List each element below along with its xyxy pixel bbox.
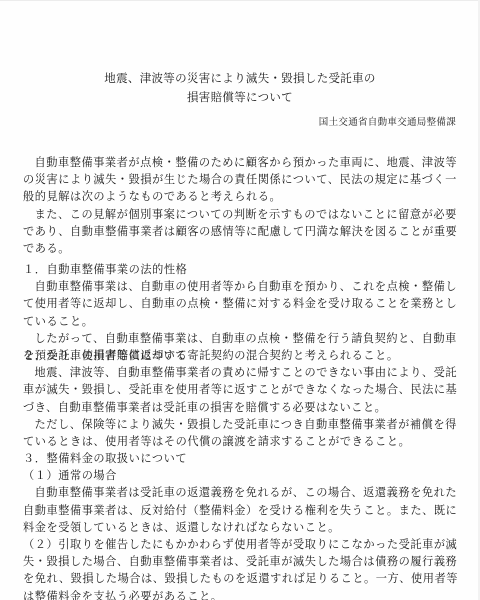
page-top-border — [0, 0, 480, 1]
section-3: ３．整備料金の取扱いについて （１）通常の場合 自動車整備事業者は受託車の返還義… — [23, 450, 463, 600]
section-2-heading: ２．受託車の損害賠償について — [23, 347, 463, 364]
section-1-heading: １．自動車整備事業の法的性格 — [23, 261, 463, 278]
intro-paragraph-1: 自動車整備事業者が点検・整備のために顧客から預かった車両に、地震、津波等の災害に… — [23, 154, 463, 206]
intro-paragraph-2: また、この見解が個別事案についての判断を示すものではないことに留意が必要であり、… — [23, 206, 463, 258]
document-title-line-2: 損害賠償等について — [0, 88, 480, 106]
intro-section: 自動車整備事業者が点検・整備のために顧客から預かった車両に、地震、津波等の災害に… — [23, 154, 463, 257]
section-3-sub1-paragraph: 自動車整備事業者は受託車の返還義務を免れるが、この場合、返還義務を免れた自動車整… — [23, 484, 463, 536]
document-title-line-1: 地震、津波等の災害により滅失・毀損した受託車の — [0, 69, 480, 87]
section-1-paragraph-1: 自動車整備事業は、自動車の使用者等から自動車を預かり、これを点検・整備して使用者… — [23, 278, 463, 330]
section-3-heading: ３．整備料金の取扱いについて — [23, 450, 463, 467]
section-2: ２．受託車の損害賠償について 地震、津波等、自動車整備事業者の責めに帰すことので… — [23, 347, 463, 450]
section-2-paragraph-2: ただし、保険等により滅失・毀損した受託車につき自動車整備事業者が補償を得ていると… — [23, 416, 463, 450]
section-3-sub1-heading: （１）通常の場合 — [23, 467, 463, 484]
document-author: 国土交通省自動車交通局整備課 — [319, 116, 456, 130]
section-2-paragraph-1: 地震、津波等、自動車整備事業者の責めに帰すことのできない事由により、受託車が滅失… — [23, 364, 463, 416]
section-3-sub2-paragraph: （２）引取りを催告したにもかかわらず使用者等が受取りにこなかった受託車が滅失・毀… — [23, 536, 463, 600]
